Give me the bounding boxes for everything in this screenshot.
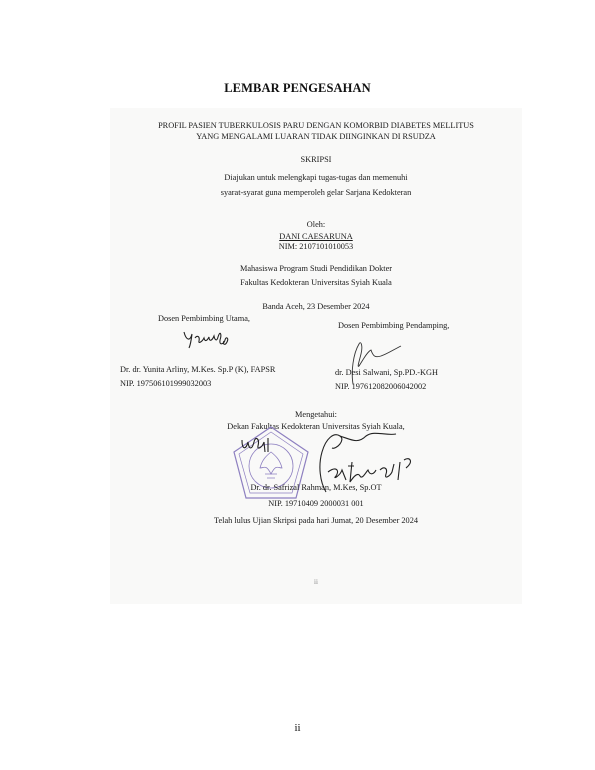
acknowledged-label: Mengetahui: [110, 410, 522, 419]
thesis-title-line-2: YANG MENGALAMI LUARAN TIDAK DIINGINKAN D… [110, 132, 522, 141]
place-date: Banda Aceh, 23 Desember 2024 [110, 302, 522, 311]
dean-nip: NIP. 19710409 2000031 001 [110, 499, 522, 508]
scanned-approval-sheet: PROFIL PASIEN TUBERKULOSIS PARU DENGAN K… [110, 108, 522, 604]
dean-name: Dr. dr. Safrizal Rahman, M.Kes, Sp.OT [110, 483, 522, 492]
supervisor-assist-name: dr. Desi Salwani, Sp.PD.-KGH [335, 368, 438, 377]
program-line-2: Fakultas Kedokteran Universitas Syiah Ku… [110, 278, 522, 287]
page-number: ii [0, 722, 595, 734]
page-title: LEMBAR PENGESAHAN [0, 81, 595, 96]
program-line-1: Mahasiswa Program Studi Pendidikan Dokte… [110, 264, 522, 273]
student-nim: NIM: 2107101010053 [110, 242, 522, 251]
supervisor-assist-nip: NIP. 197612082006042002 [335, 382, 426, 391]
dean-initial-signature [238, 432, 278, 456]
supervisor-main-name: Dr. dr. Yunita Arliny, M.Kes. Sp.P (K), … [120, 365, 275, 374]
supervisor-main-role: Dosen Pembimbing Utama, [158, 314, 250, 323]
by-label: Oleh: [110, 220, 522, 229]
student-name: DANI CAESARUNA [110, 232, 522, 241]
scan-page-number: ii [110, 578, 522, 586]
thesis-title-line-1: PROFIL PASIEN TUBERKULOSIS PARU DENGAN K… [110, 121, 522, 130]
doc-type: SKRIPSI [110, 155, 522, 164]
purpose-line-1: Diajukan untuk melengkapi tugas-tugas da… [110, 173, 522, 182]
exam-statement: Telah lulus Ujian Skripsi pada hari Juma… [110, 516, 522, 525]
supervisor-main-nip: NIP. 197506101999032003 [120, 379, 211, 388]
supervisor-assist-role: Dosen Pembimbing Pendamping, [338, 321, 449, 330]
signature-main-supervisor [180, 326, 235, 352]
signature-assist-supervisor [335, 336, 415, 386]
purpose-line-2: syarat-syarat guna memperoleh gelar Sarj… [110, 188, 522, 197]
